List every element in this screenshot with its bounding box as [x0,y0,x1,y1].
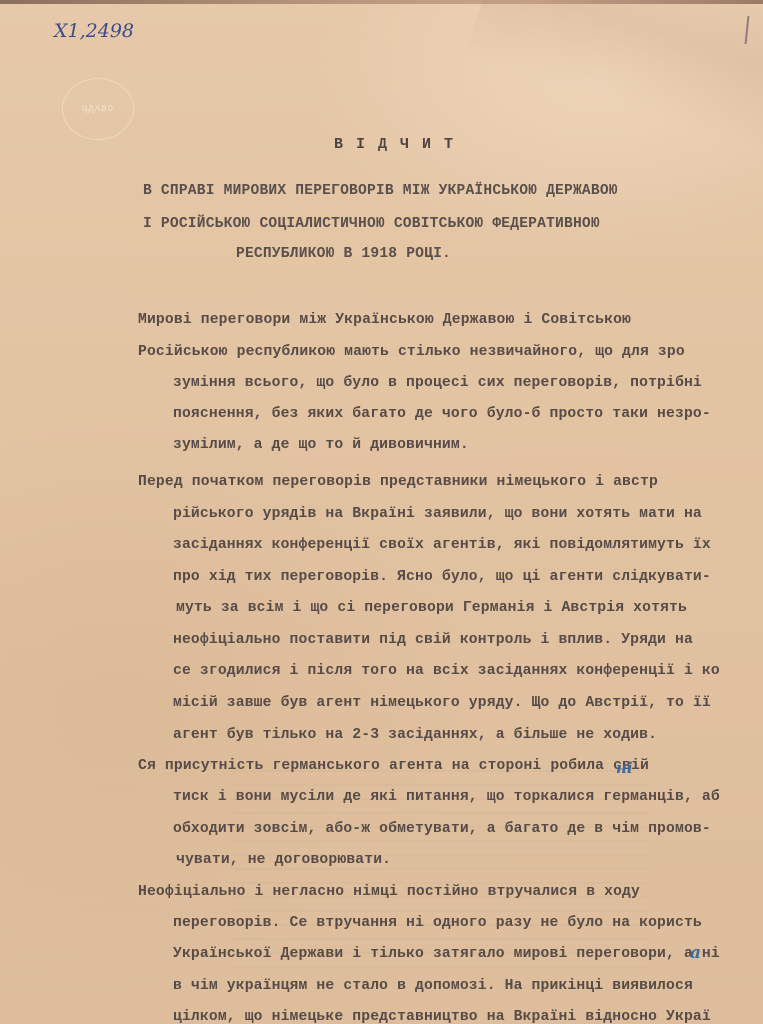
body-line: агент був тілько на 2-3 засіданнях, а бі… [173,727,657,743]
document-title: ВІДЧИТ [0,136,763,153]
body-line: в чім українцям не стало в допомозі. На … [173,978,693,994]
body-line: чувати, не договорювати. [176,852,391,868]
body-line: зуміння всього, що було в процесі сих пе… [173,375,702,391]
body-line: Перед початком переговорів представники … [138,474,658,490]
body-line: Неофіціально і негласно німці постійно в… [138,884,640,900]
archive-number: X1,2498 [54,20,134,42]
body-line: про хід тих переговорів. Ясно було, що ц… [173,569,711,585]
body-line: зумілим, а де що то й дивовичним. [173,437,469,453]
body-line: Ся присутність германського агента на ст… [138,758,649,774]
body-line: Мирові переговори між Українською Держав… [138,312,631,328]
document-page: X1,2498 ЦДАВО ВІДЧИТ В СПРАВІ МИРОВИХ ПЕ… [0,0,763,1024]
body-line: засіданнях конференції своїх агентів, як… [173,537,711,553]
body-line: Російською республикою мають стілько нез… [138,344,685,360]
body-line: пояснення, без яких багато де чого було-… [173,406,711,422]
body-line: місій завше був агент німецького уряду. … [173,695,711,711]
handwritten-correction-2: а [690,943,701,963]
body-line: обходити зовсім, або-ж обметувати, а баг… [173,821,711,837]
subtitle-line-2: І РОСІЙСЬКОЮ СОЦІАЛИСТИЧНОЮ СОВІТСЬКОЮ Ф… [143,216,600,232]
body-line: переговорів. Се втручання ні одного разу… [173,915,702,931]
body-line: цілком, що німецьке представництво на Вк… [173,1009,711,1024]
body-line: се згодилися і після того на всіх засіда… [173,663,720,679]
body-line: неофіціально поставити під свій контроль… [173,632,693,648]
body-line: тиск і вони мусіли де які питання, що то… [173,789,720,805]
body-line: рійського урядів на Вкраїні заявили, що … [173,506,702,522]
subtitle-line-1: В СПРАВІ МИРОВИХ ПЕРЕГОВОРІВ МІЖ УКРАЇНС… [143,183,618,199]
subtitle-line-3: РЕСПУБЛИКОЮ В 1918 РОЦІ. [236,246,451,262]
body-line: муть за всім і що сі переговори Германія… [176,600,687,616]
body-line: Української Держави і тілько затягало ми… [173,946,720,962]
archive-stamp: ЦДАВО [62,78,134,140]
handwritten-correction-1: ні [616,759,633,777]
